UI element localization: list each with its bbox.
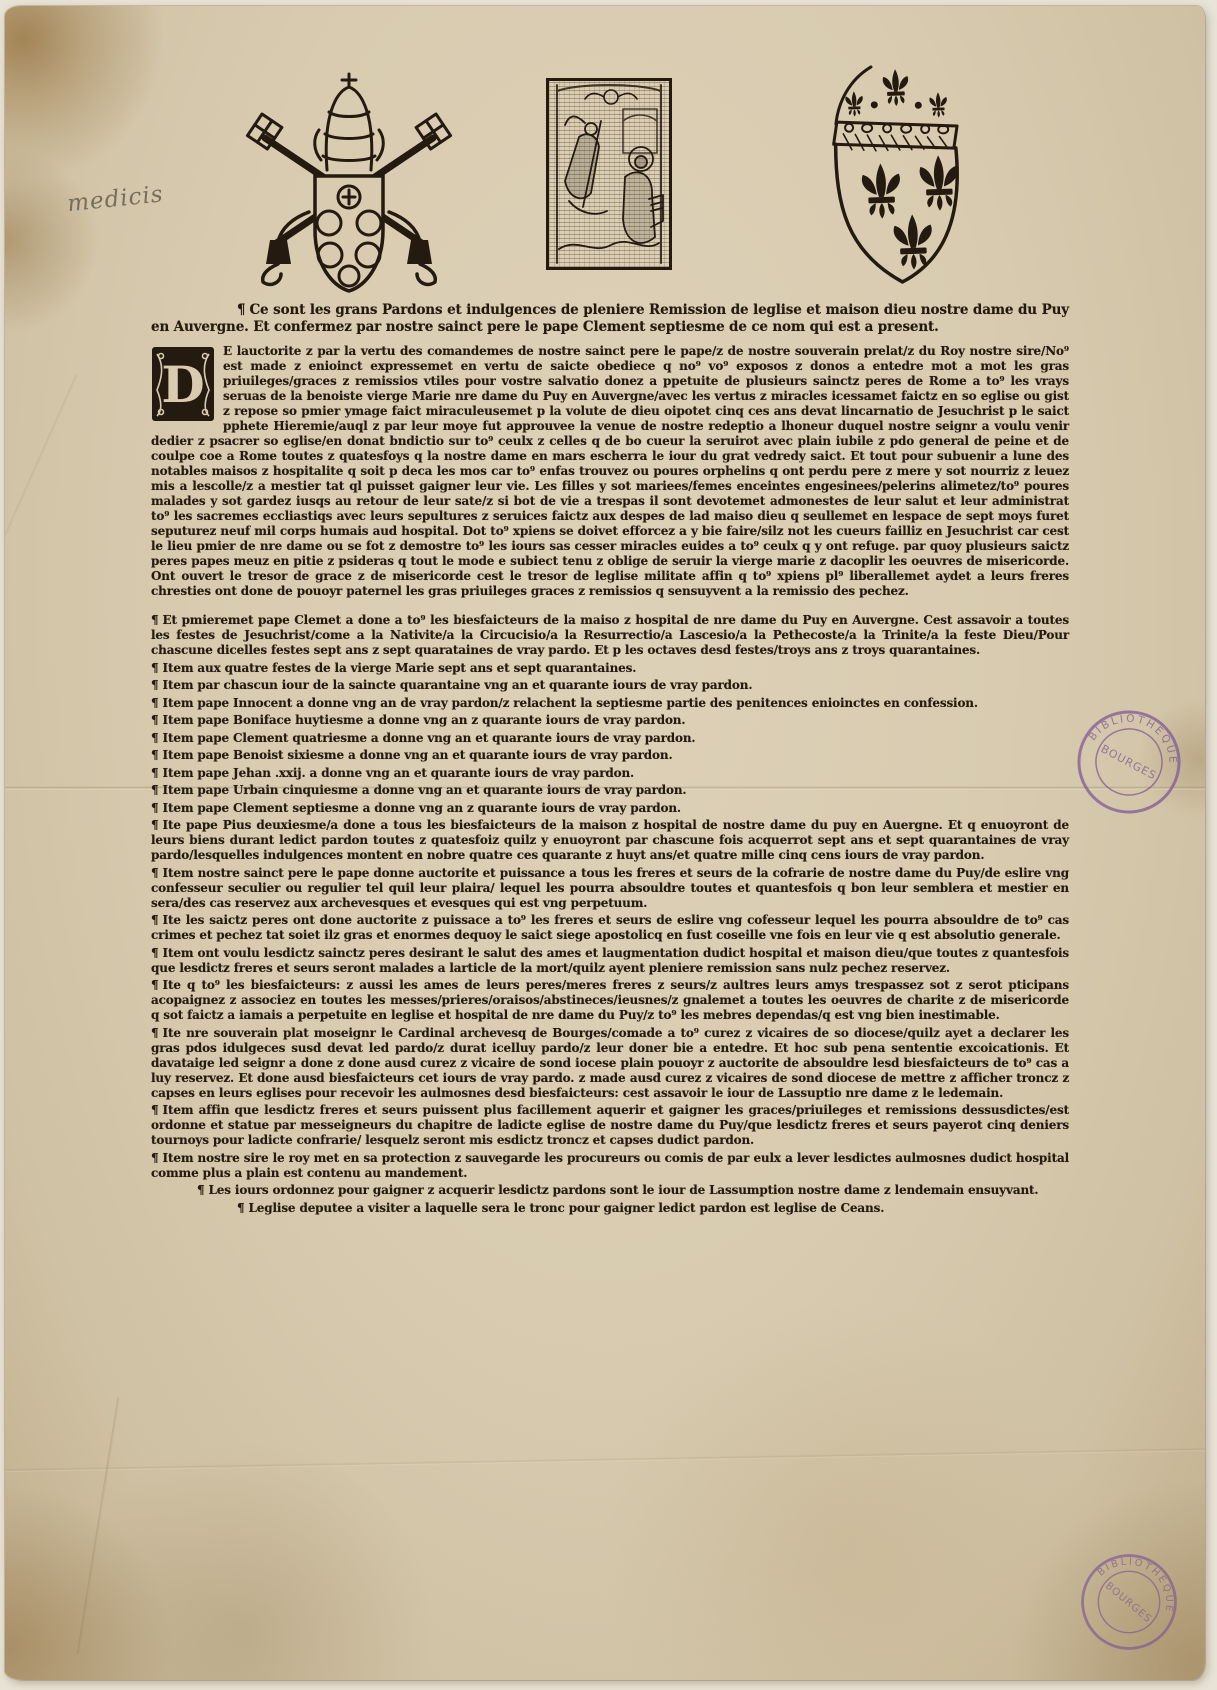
item-text: Item pape Innocent a donne vng an de vra… xyxy=(163,696,978,710)
item-text: Et pmieremet pape Clemet a done a to⁹ le… xyxy=(151,613,1069,657)
pilcrow-mark: ¶ xyxy=(151,946,163,960)
france-royal-arms-icon xyxy=(813,62,985,300)
item-text: Item affin que lesdictz freres et seurs … xyxy=(151,1103,1069,1147)
svg-text:BOURGES: BOURGES xyxy=(1099,742,1159,782)
item-text: Les iours ordonnez pour gaigner z acquer… xyxy=(209,1183,1039,1197)
item-text: Item nostre sire le roy met en sa protec… xyxy=(151,1151,1069,1180)
broadside-sheet: medicis xyxy=(5,6,1205,1680)
pilcrow-mark: ¶ xyxy=(151,696,163,710)
annunciation-woodcut xyxy=(546,78,672,270)
indulgence-item: ¶Ite pape Pius deuxiesme/a done a tous l… xyxy=(151,818,1069,863)
crease-line xyxy=(77,1397,121,1654)
pilcrow-mark: ¶ xyxy=(151,713,163,727)
item-text: Item pape Clement quatriesme a donne vng… xyxy=(163,731,696,745)
photo-background: { "doc": { "pilcrow": "¶", "annotation":… xyxy=(0,0,1217,1690)
pilcrow-mark: ¶ xyxy=(237,302,249,318)
pilcrow-mark: ¶ xyxy=(197,1183,209,1197)
pilcrow-mark: ¶ xyxy=(151,748,163,762)
item-text: Item pape Boniface huytiesme a donne vng… xyxy=(163,713,686,727)
indulgence-item: ¶Ite q to⁹ les biesfaicteurs: z aussi le… xyxy=(151,978,1069,1023)
pilcrow-mark: ¶ xyxy=(151,913,163,927)
item-text: Item par chascun iour de la saincte quar… xyxy=(163,678,753,692)
indulgence-item: ¶Item pape Clement septiesme a donne vng… xyxy=(151,801,1069,816)
pilcrow-mark: ¶ xyxy=(151,1103,163,1117)
item-text: Item pape Clement septiesme a donne vng … xyxy=(163,801,681,815)
intro-paragraph: D E lauctorite z par la vertu des comand… xyxy=(151,344,1069,599)
indulgence-item: ¶Item par chascun iour de la saincte qua… xyxy=(151,678,1069,693)
ornamental-initial-icon: D xyxy=(151,346,215,422)
pilcrow-mark: ¶ xyxy=(151,783,163,797)
indulgence-item: ¶Et pmieremet pape Clemet a done a to⁹ l… xyxy=(151,613,1069,658)
indulgence-item: ¶Item aux quatre festes de la vierge Mar… xyxy=(151,661,1069,676)
pilcrow-mark: ¶ xyxy=(151,1026,163,1040)
indulgence-item: ¶Item pape Benoist sixiesme a donne vng … xyxy=(151,748,1069,763)
pilcrow-mark: ¶ xyxy=(151,818,163,832)
pilcrow-mark: ¶ xyxy=(151,731,163,745)
item-text: Item nostre sainct pere le pape donne au… xyxy=(151,866,1069,910)
pilcrow-mark: ¶ xyxy=(151,978,163,992)
indulgence-item: ¶Ite les saictz peres ont done auctorite… xyxy=(151,913,1069,943)
item-text: Item pape Benoist sixiesme a donne vng a… xyxy=(163,748,673,762)
printed-text-column: ¶Ce sont les grans Pardons et indulgence… xyxy=(151,302,1069,1218)
pilcrow-mark: ¶ xyxy=(151,801,163,815)
item-text: Ite nre souverain plat moseignr le Cardi… xyxy=(151,1026,1069,1100)
pilcrow-mark: ¶ xyxy=(237,1201,249,1215)
indulgence-item: ¶Ite nre souverain plat moseignr le Card… xyxy=(151,1026,1069,1101)
pilcrow-mark: ¶ xyxy=(151,766,163,780)
library-stamp: BIBLIOTHEQUE BOURGES xyxy=(1056,1529,1203,1676)
item-text: Item pape Jehan .xxij. a donne vng an et… xyxy=(163,766,635,780)
indulgence-item: ¶Item pape Clement quatriesme a donne vn… xyxy=(151,731,1069,746)
item-text: Leglise deputee a visiter a laquelle ser… xyxy=(249,1201,885,1215)
item-text: Item pape Urbain cinquiesme a donne vng … xyxy=(163,783,687,797)
pilcrow-mark: ¶ xyxy=(151,678,163,692)
indulgence-item: ¶Item pape Boniface huytiesme a donne vn… xyxy=(151,713,1069,728)
indulgence-item: ¶Item ont voulu lesdictz sainctz peres d… xyxy=(151,946,1069,976)
item-text: Ite les saictz peres ont done auctorite … xyxy=(151,913,1069,942)
title-paragraph: ¶Ce sont les grans Pardons et indulgence… xyxy=(151,302,1069,336)
item-text: Item ont voulu lesdictz sainctz peres de… xyxy=(151,946,1069,975)
indulgence-item: ¶Item nostre sire le roy met en sa prote… xyxy=(151,1151,1069,1181)
title-text: Ce sont les grans Pardons et indulgences… xyxy=(151,302,1069,335)
pilcrow-mark: ¶ xyxy=(151,866,163,880)
indulgence-item: ¶Item nostre sainct pere le pape donne a… xyxy=(151,866,1069,911)
item-text: Ite q to⁹ les biesfaicteurs: z aussi les… xyxy=(151,978,1069,1022)
indulgence-item: ¶Item pape Innocent a donne vng an de vr… xyxy=(151,696,1069,711)
crease-line xyxy=(5,374,79,558)
pilcrow-mark: ¶ xyxy=(151,613,163,627)
pilcrow-mark: ¶ xyxy=(151,661,163,675)
item-text: Item aux quatre festes de la vierge Mari… xyxy=(163,661,637,675)
svg-text:D: D xyxy=(161,355,204,414)
indulgence-item: ¶Item pape Urbain cinquiesme a donne vng… xyxy=(151,783,1069,798)
closing-line: ¶Leglise deputee a visiter a laquelle se… xyxy=(151,1201,1069,1216)
medici-papal-arms-icon xyxy=(223,72,475,296)
item-text: Ite pape Pius deuxiesme/a done a tous le… xyxy=(151,818,1069,862)
svg-text:BOURGES: BOURGES xyxy=(1103,1580,1154,1625)
indulgence-item: ¶Item affin que lesdictz freres et seurs… xyxy=(151,1103,1069,1148)
library-stamp: BIBLIOTHEQUE BOURGES xyxy=(1053,686,1204,837)
pilcrow-mark: ¶ xyxy=(151,1151,163,1165)
intro-text: E lauctorite z par la vertu des comandem… xyxy=(151,344,1069,598)
handwritten-annotation: medicis xyxy=(66,177,208,217)
fold-crease xyxy=(5,1448,1205,1473)
indulgence-item: ¶Item pape Jehan .xxij. a donne vng an e… xyxy=(151,766,1069,781)
closing-line: ¶Les iours ordonnez pour gaigner z acque… xyxy=(151,1183,1069,1198)
